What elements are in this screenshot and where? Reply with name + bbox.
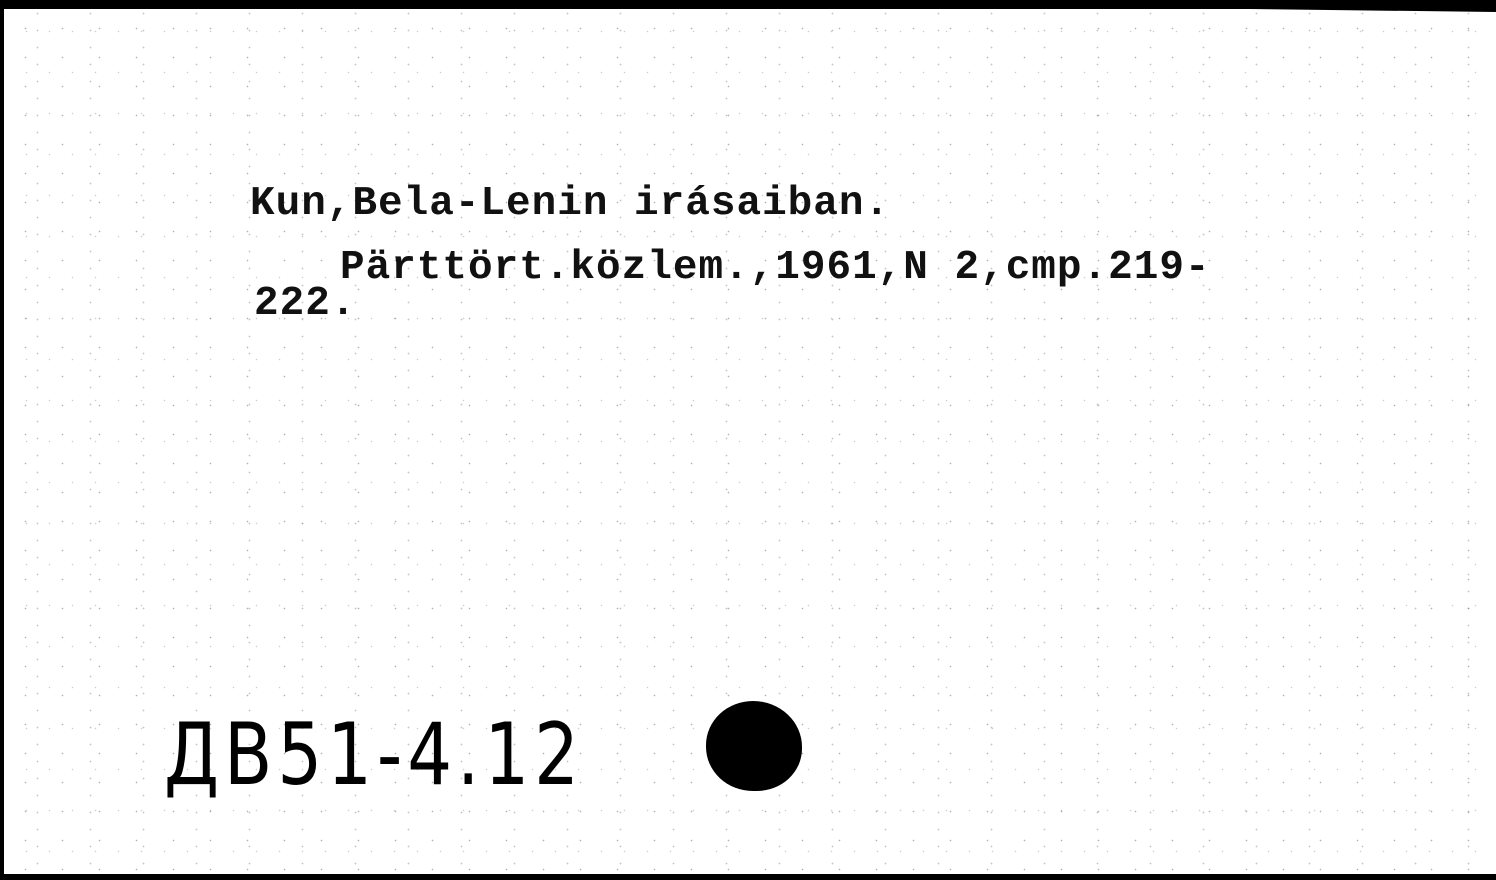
card-source-line: Pärttört.közlem.,1961,N 2,cmp.219-	[340, 245, 1211, 291]
card-title-line: Kun,Bela-Lenin irásaiban.	[250, 181, 890, 227]
punch-hole-icon	[706, 701, 802, 791]
catalog-card: Kun,Bela-Lenin irásaiban. Pärttört.közle…	[4, 6, 1496, 877]
scan-edge-bottom	[0, 874, 1496, 880]
card-pages-continuation: 222.	[254, 281, 356, 327]
call-number-handwritten: ДВ51-4.12	[164, 705, 584, 805]
